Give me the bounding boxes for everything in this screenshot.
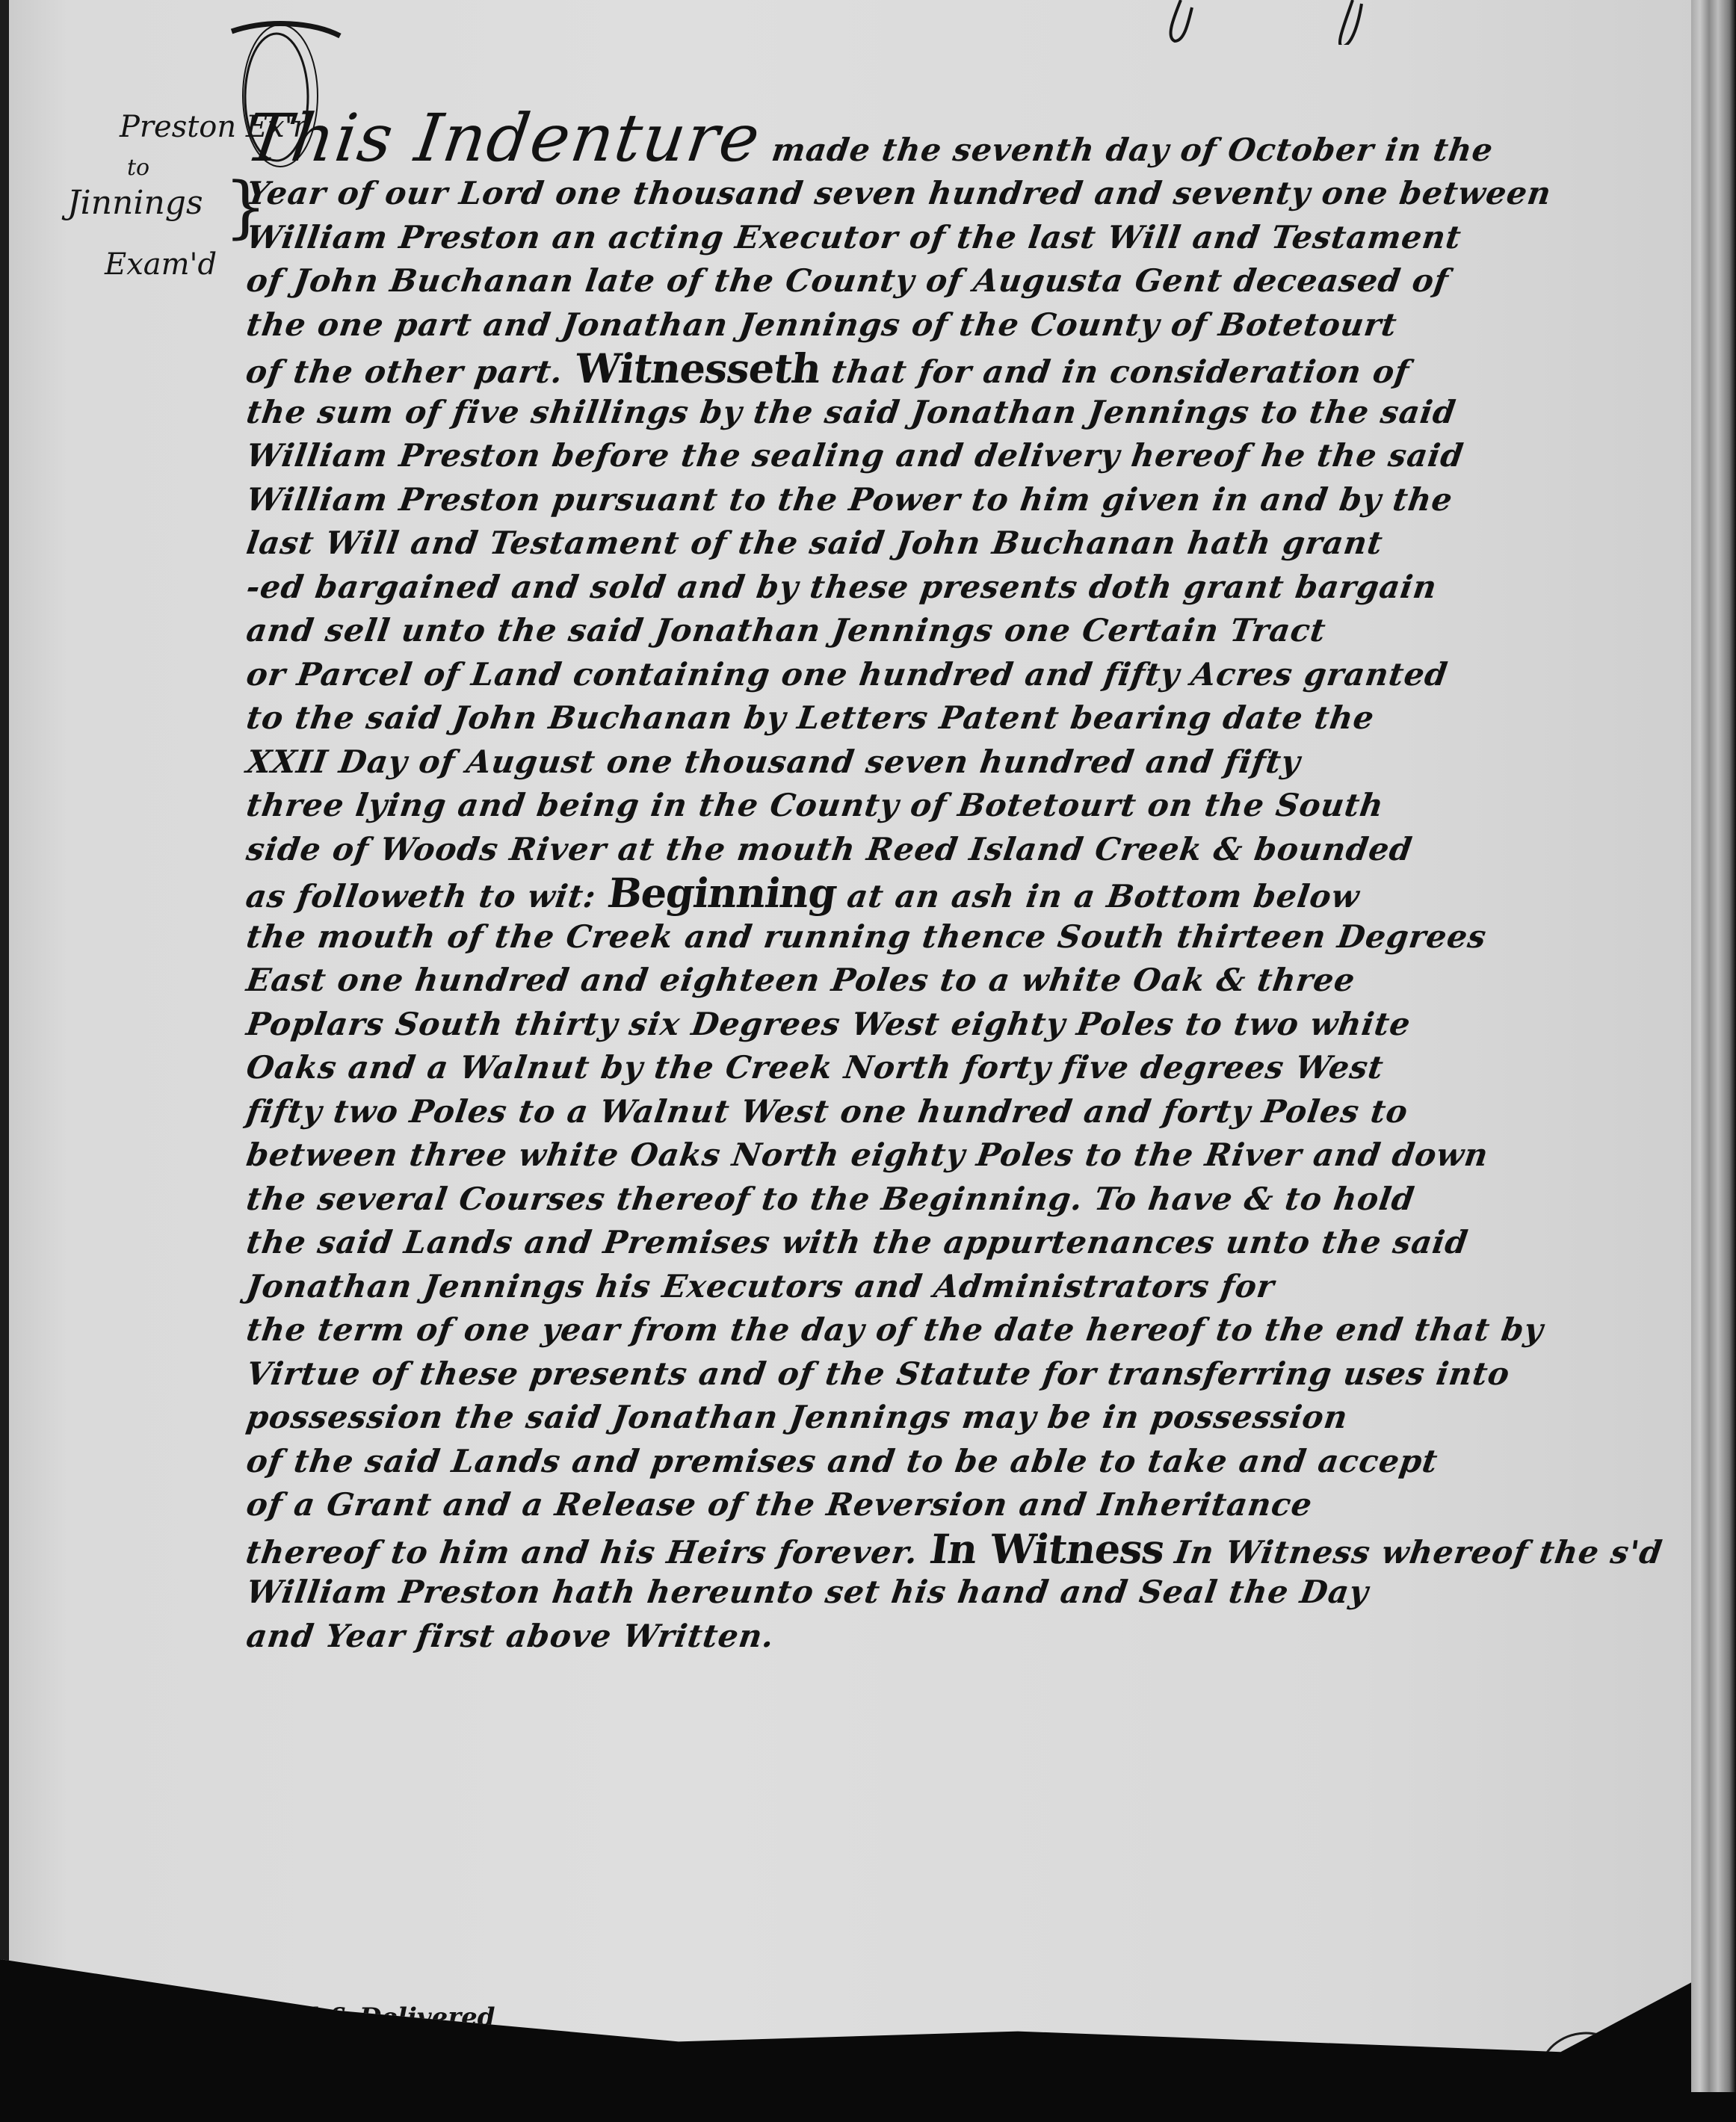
text-line: William Preston hath hereunto set his ha… <box>244 1571 1655 1615</box>
sealed-delivered-label: Sealed & Delivered <box>224 2002 495 2032</box>
text-line: and sell unto the said Jonathan Jennings… <box>244 609 1655 653</box>
text-line: William Preston pursuant to the Power to… <box>244 478 1655 522</box>
text-line: Jonathan Jennings his Executors and Admi… <box>244 1265 1655 1309</box>
seal-label: Seal <box>1556 2051 1610 2085</box>
in-witness-heading: In Witness <box>927 1525 1167 1573</box>
text-line: or Parcel of Land containing one hundred… <box>244 653 1655 697</box>
grantor-signature: Wm Preston <box>1211 2047 1416 2082</box>
text-line: three lying and being in the County of B… <box>244 784 1655 828</box>
book-binding-edge <box>1691 0 1736 2092</box>
document-page: Preston Ex'r to Jinnings Exam'd } This I… <box>0 0 1696 2062</box>
document-title: This Indenture <box>241 99 766 176</box>
text-line: thereof to him and his Heirs forever. In… <box>244 1527 1655 1571</box>
text-line: the one part and Jonathan Jennings of th… <box>244 303 1655 347</box>
presence-of-label: in the Presence of <box>224 2032 495 2062</box>
attestation-clause: Sealed & Delivered in the Presence of <box>224 2002 495 2062</box>
margin-note-grantee: Jinnings <box>67 187 239 220</box>
text-line: last Will and Testament of the said John… <box>244 522 1655 566</box>
text-line: the several Courses thereof to the Begin… <box>244 1178 1655 1222</box>
text-line: This Indenturemade the seventh day of Oc… <box>242 105 1657 172</box>
text-line: Poplars South thirty six Degrees West ei… <box>244 1003 1655 1047</box>
text-line: the sum of five shillings by the said Jo… <box>244 391 1655 435</box>
text-line: East one hundred and eighteen Poles to a… <box>244 959 1655 1003</box>
text-line: the said Lands and Premises with the app… <box>244 1221 1655 1265</box>
attestation-brace: } <box>568 2040 602 2101</box>
text-line: Year of our Lord one thousand seven hund… <box>244 172 1655 216</box>
text-line: William Preston an acting Executor of th… <box>244 216 1655 260</box>
text-line: fifty two Poles to a Walnut West one hun… <box>244 1090 1655 1134</box>
text-line: Oaks and a Walnut by the Creek North for… <box>244 1046 1655 1090</box>
text-line: to the said John Buchanan by Letters Pat… <box>244 696 1655 740</box>
top-ink-fragment <box>1166 0 1465 45</box>
deed-body: This Indenturemade the seventh day of Oc… <box>247 105 1652 1658</box>
text-line: of the said Lands and premises and to be… <box>244 1440 1655 1484</box>
margin-note-parties: Preston Ex'r <box>120 112 239 142</box>
text-line: of a Grant and a Release of the Reversio… <box>244 1483 1655 1527</box>
text-line: possession the said Jonathan Jennings ma… <box>244 1396 1655 1440</box>
text-line: the term of one year from the day of the… <box>244 1308 1655 1352</box>
text-line: -ed bargained and sold and by these pres… <box>244 566 1655 610</box>
beginning-heading: Beginning <box>605 869 839 917</box>
margin-note: Preston Ex'r to Jinnings Exam'd <box>67 112 239 279</box>
text-line: of John Buchanan late of the County of A… <box>244 259 1655 303</box>
text-line: XXII Day of August one thousand seven hu… <box>244 740 1655 785</box>
margin-note-to: to <box>127 157 239 179</box>
text-line: of the other part. Witnesseth that for a… <box>244 347 1655 391</box>
text-line: and Year first above Written. <box>244 1615 1655 1659</box>
text-line: William Preston before the sealing and d… <box>244 434 1655 478</box>
text-line: between three white Oaks North eighty Po… <box>244 1133 1655 1178</box>
text-line: as followeth to wit: Beginning at an ash… <box>244 871 1655 915</box>
seal-mark: Seal <box>1533 2024 1632 2112</box>
witnesseth-heading: Witnesseth <box>572 344 824 392</box>
text-line: Virtue of these presents and of the Stat… <box>244 1352 1655 1396</box>
text-line: the mouth of the Creek and running thenc… <box>244 915 1655 959</box>
text-line: side of Woods River at the mouth Reed Is… <box>244 828 1655 872</box>
page-gutter-shadow <box>0 0 9 2032</box>
margin-note-examined: Exam'd <box>105 250 239 279</box>
